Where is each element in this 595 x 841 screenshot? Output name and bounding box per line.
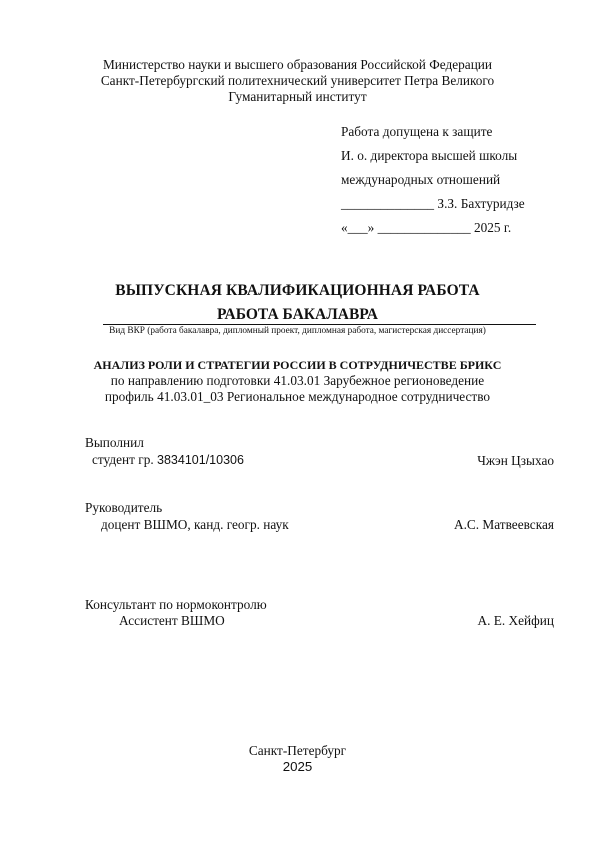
work-type: РАБОТА БАКАЛАВРА bbox=[0, 306, 595, 324]
work-type-note: Вид ВКР (работа бакалавра, дипломный про… bbox=[0, 326, 595, 336]
consultant-name: А. Е. Хейфиц bbox=[478, 613, 555, 629]
consultant-role: Ассистент ВШМО bbox=[119, 613, 225, 629]
author-name: Чжэн Цзыхао bbox=[477, 453, 554, 469]
supervisor-role: доцент ВШМО, канд. геогр. наук bbox=[101, 517, 289, 533]
consultant-label: Консультант по нормоконтролю bbox=[85, 597, 267, 613]
author-role-prefix: студент гр. bbox=[92, 452, 157, 467]
approval-date-line: «___» ______________ 2025 г. bbox=[341, 220, 511, 236]
thesis-topic: АНАЛИЗ РОЛИ И СТРАТЕГИИ РОССИИ В СОТРУДН… bbox=[0, 358, 595, 373]
approval-line-1: Работа допущена к защите bbox=[341, 124, 492, 140]
approval-signature-line: ______________ З.З. Бахтуридзе bbox=[341, 196, 525, 212]
study-profile: профиль 41.03.01_03 Региональное междуна… bbox=[0, 389, 595, 405]
document-title: ВЫПУСКНАЯ КВАЛИФИКАЦИОННАЯ РАБОТА bbox=[0, 282, 595, 300]
ministry-line: Министерство науки и высшего образования… bbox=[0, 57, 595, 73]
university-line: Санкт-Петербургский политехнический унив… bbox=[0, 73, 595, 89]
study-direction: по направлению подготовки 41.03.01 Заруб… bbox=[0, 373, 595, 389]
work-type-underline bbox=[103, 324, 536, 325]
institute-line: Гуманитарный институт bbox=[0, 89, 595, 105]
author-label: Выполнил bbox=[85, 435, 144, 451]
footer-year: 2025 bbox=[0, 759, 595, 774]
author-role: студент гр. 3834101/10306 bbox=[92, 452, 244, 468]
approval-line-2: И. о. директора высшей школы bbox=[341, 148, 517, 164]
approval-line-3: международных отношений bbox=[341, 172, 500, 188]
author-group: 3834101/10306 bbox=[157, 453, 244, 467]
supervisor-label: Руководитель bbox=[85, 500, 162, 516]
footer-city: Санкт-Петербург bbox=[0, 743, 595, 759]
supervisor-name: А.С. Матвеевская bbox=[454, 517, 554, 533]
